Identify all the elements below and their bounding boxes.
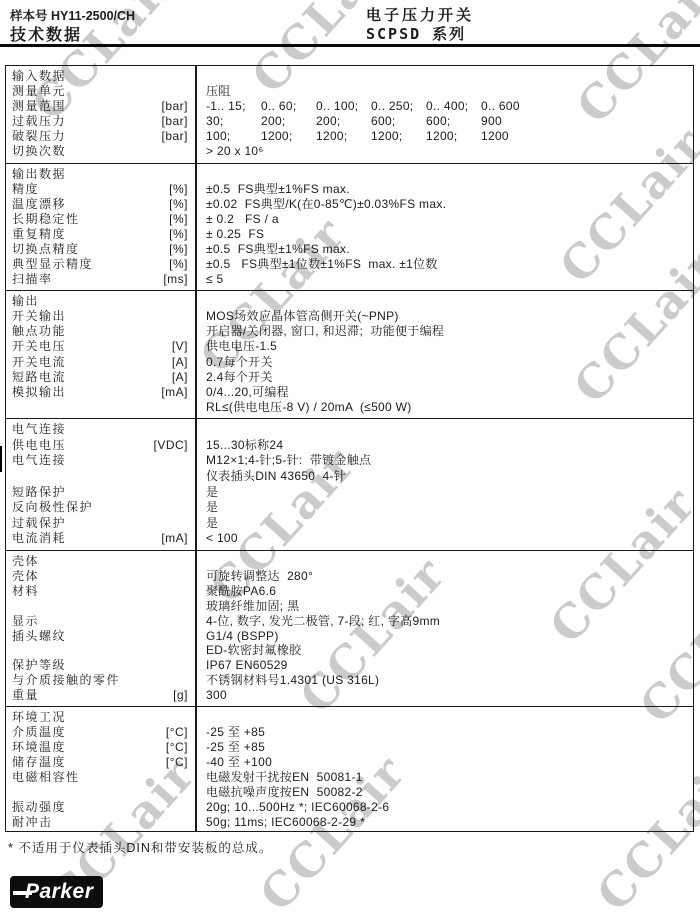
- spec-row: 电气连接M12×1;4-针;5-针: 带镀金触点: [6, 453, 693, 469]
- row-value: ±0.02 FS典型/K(在0-85℃)±0.03%FS max.: [196, 197, 693, 212]
- spec-row: 耐冲击50g; 11ms; IEC60068-2-29 *: [6, 815, 693, 830]
- row-value: RL≤(供电电压-8 V) / 20mA (≤500 W): [196, 400, 693, 415]
- spec-row: 切换次数> 20 x 10⁶: [6, 144, 693, 159]
- row-value: 300: [196, 688, 693, 703]
- row-value-column: 0.. 400;: [426, 99, 481, 114]
- spec-row: 重量[g]300: [6, 688, 693, 703]
- spec-row: 反向极性保护是: [6, 500, 693, 516]
- row-value: IP67 EN60529: [196, 658, 693, 673]
- row-unit: [112, 658, 196, 673]
- row-label: 长期稳定性: [6, 212, 112, 227]
- document-title: 技术数据: [10, 22, 82, 45]
- row-value: 2.4每个开关: [196, 370, 693, 385]
- spec-row: 振动强度20g; 10...500Hz *; IEC60068-2-6: [6, 800, 693, 815]
- row-unit: [112, 673, 196, 688]
- row-unit: [A]: [112, 370, 196, 385]
- spec-row: 显示4-位, 数字, 发光二极管, 7-段; 红, 字高9mm: [6, 614, 693, 629]
- spec-row: 测量单元压阻: [6, 84, 693, 99]
- row-value: 电磁抗噪声度按EN 50082-2: [196, 785, 693, 800]
- row-value: 仪表插头DIN 43650 4-针: [196, 469, 693, 485]
- spec-row: 开关输出MOS场效应晶体管高侧开关(~PNP): [6, 309, 693, 324]
- row-unit: [112, 453, 196, 469]
- row-label: 供电电压: [6, 438, 112, 454]
- row-label: 短路保护: [6, 485, 112, 501]
- row-unit: [ms]: [112, 272, 196, 287]
- row-unit: [112, 770, 196, 785]
- spec-row: 壳体: [6, 554, 693, 569]
- row-unit: [bar]: [112, 114, 196, 129]
- row-unit: [mA]: [112, 385, 196, 400]
- row-unit: [°C]: [112, 740, 196, 755]
- row-unit: [112, 815, 196, 830]
- row-label: 振动强度: [6, 800, 112, 815]
- row-value: G1/4 (BSPP): [196, 629, 693, 644]
- spec-row: 插头螺纹G1/4 (BSPP): [6, 629, 693, 644]
- spec-row: 储存温度[°C]-40 至 +100: [6, 755, 693, 770]
- row-value-column: 600;: [371, 114, 426, 129]
- parker-logo-text: Parker: [25, 880, 93, 904]
- row-value-column: 0.. 100;: [316, 99, 371, 114]
- row-label: 短路电流: [6, 370, 112, 385]
- row-unit: [%]: [112, 182, 196, 197]
- row-label: 反向极性保护: [6, 500, 112, 516]
- row-label: 切换点精度: [6, 242, 112, 257]
- row-value-column: 900: [481, 114, 502, 128]
- row-unit: [112, 584, 196, 599]
- spec-row: ED-软密封氟橡胶: [6, 643, 693, 658]
- row-value-column: 30;: [206, 114, 261, 129]
- row-value: 15...30标称24: [196, 438, 693, 454]
- row-label: 切换次数: [6, 144, 112, 159]
- product-title: 电子压力开关: [366, 4, 474, 25]
- spec-row: 精度[%]±0.5 FS典型±1%FS max.: [6, 182, 693, 197]
- row-unit: [%]: [112, 242, 196, 257]
- spec-table: 输入数据测量单元压阻测量范围[bar]-1.. 15;0.. 60;0.. 10…: [5, 65, 694, 832]
- row-value-column: 1200: [481, 129, 509, 143]
- row-value-column: 200;: [261, 114, 316, 129]
- row-value: ± 0.25 FS: [196, 227, 693, 242]
- spec-row: 温度漂移[%]±0.02 FS典型/K(在0-85℃)±0.03%FS max.: [6, 197, 693, 212]
- section-title: 输入数据: [6, 69, 112, 84]
- row-label: 壳体: [6, 569, 112, 584]
- row-value: 不锈钢材料号1.4301 (US 316L): [196, 673, 693, 688]
- spec-row: 切换点精度[%]±0.5 FS典型±1%FS max.: [6, 242, 693, 257]
- row-value: -40 至 +100: [196, 755, 693, 770]
- spec-section: 环境工况介质温度[°C]-25 至 +85环境温度[°C]-25 至 +85储存…: [6, 706, 693, 833]
- row-label: 插头螺纹: [6, 629, 112, 644]
- row-label: 材料: [6, 584, 112, 599]
- spec-row: 材料聚酰胺PA6.6: [6, 584, 693, 599]
- row-unit: [112, 614, 196, 629]
- row-value: -25 至 +85: [196, 725, 693, 740]
- row-value-column: 1200;: [426, 129, 481, 144]
- row-value: MOS场效应晶体管高侧开关(~PNP): [196, 309, 693, 324]
- spec-row: 仪表插头DIN 43650 4-针: [6, 469, 693, 485]
- row-label: 重复精度: [6, 227, 112, 242]
- row-label: 开关电压: [6, 339, 112, 354]
- spec-row: 输出数据: [6, 167, 693, 182]
- table-column-divider: [195, 66, 197, 831]
- row-label: [6, 643, 112, 658]
- row-label: 耐冲击: [6, 815, 112, 830]
- spec-row: 开关电流[A]0.7每个开关: [6, 355, 693, 370]
- row-value: 电磁发射干扰按EN 50081-1: [196, 770, 693, 785]
- spec-row: 测量范围[bar]-1.. 15;0.. 60;0.. 100;0.. 250;…: [6, 99, 693, 114]
- row-label: 电流消耗: [6, 531, 112, 547]
- row-label: 精度: [6, 182, 112, 197]
- row-label: 显示: [6, 614, 112, 629]
- row-value: ≤ 5: [196, 272, 693, 287]
- row-unit: [112, 469, 196, 485]
- row-unit: [V]: [112, 339, 196, 354]
- spec-row: 过载压力[bar]30;200;200;600;600;900: [6, 114, 693, 129]
- row-unit: [%]: [112, 197, 196, 212]
- row-label: 电气连接: [6, 453, 112, 469]
- row-value: ±0.5 FS典型±1%FS max.: [196, 242, 693, 257]
- row-value: -25 至 +85: [196, 740, 693, 755]
- footnote: * 不适用于仪表插头DIN和带安装板的总成。: [8, 838, 272, 856]
- spec-row: 模拟输出[mA]0/4...20,可编程: [6, 385, 693, 400]
- row-unit: [bar]: [112, 129, 196, 144]
- row-label: 电磁相容性: [6, 770, 112, 785]
- spec-row: 壳体可旋转调整达 280°: [6, 569, 693, 584]
- row-unit: [112, 144, 196, 159]
- row-value-column: 600;: [426, 114, 481, 129]
- row-unit: [112, 400, 196, 415]
- row-value: 20g; 10...500Hz *; IEC60068-2-6: [196, 800, 693, 815]
- spec-row: 环境温度[°C]-25 至 +85: [6, 740, 693, 755]
- row-unit: [112, 485, 196, 501]
- section-title: 电气连接: [6, 422, 112, 438]
- row-unit: [VDC]: [112, 438, 196, 454]
- row-label: [6, 599, 112, 614]
- row-unit: [112, 785, 196, 800]
- row-unit: [A]: [112, 355, 196, 370]
- row-label: 环境温度: [6, 740, 112, 755]
- row-label: [6, 400, 112, 415]
- spec-row: 重复精度[%]± 0.25 FS: [6, 227, 693, 242]
- spec-section: 壳体壳体可旋转调整达 280°材料聚酰胺PA6.6玻璃纤维加固; 黑显示4-位,…: [6, 550, 693, 706]
- row-label: 破裂压力: [6, 129, 112, 144]
- row-value: 0.7每个开关: [196, 355, 693, 370]
- section-title: 壳体: [6, 554, 112, 569]
- row-value: 是: [196, 485, 693, 501]
- row-label: 与介质接触的零件: [6, 673, 112, 688]
- spec-row: 输出: [6, 294, 693, 309]
- row-label: [6, 469, 112, 485]
- row-value: 可旋转调整达 280°: [196, 569, 693, 584]
- spec-row: 开关电压[V]供电电压-1.5: [6, 339, 693, 354]
- datasheet-page: CCLairCCLairCCLairCCLairCCLairCCLairCCLa…: [0, 0, 700, 921]
- section-title: 环境工况: [6, 710, 112, 725]
- row-label: [6, 785, 112, 800]
- row-label: 过载保护: [6, 516, 112, 532]
- page-fold-mark: [0, 446, 2, 472]
- row-value-column: 1200;: [371, 129, 426, 144]
- row-value-column: 100;: [206, 129, 261, 144]
- row-label: 过载压力: [6, 114, 112, 129]
- spec-row: 破裂压力[bar]100;1200;1200;1200;1200;1200: [6, 129, 693, 144]
- spec-row: 电流消耗[mA]< 100: [6, 531, 693, 547]
- row-value: 100;1200;1200;1200;1200;1200: [196, 129, 693, 144]
- row-unit: [g]: [112, 688, 196, 703]
- spec-row: 电磁相容性电磁发射干扰按EN 50081-1: [6, 770, 693, 785]
- spec-row: 短路保护是: [6, 485, 693, 501]
- row-label: 测量范围: [6, 99, 112, 114]
- row-value: ±0.5 FS典型±1位数±1%FS max. ±1位数: [196, 257, 693, 272]
- row-unit: [mA]: [112, 531, 196, 547]
- row-label: 保护等级: [6, 658, 112, 673]
- spec-row: 过载保护是: [6, 516, 693, 532]
- row-label: 温度漂移: [6, 197, 112, 212]
- row-value-column: 0.. 60;: [261, 99, 316, 114]
- parker-logo: Parker: [10, 876, 103, 908]
- header-rule: [0, 44, 700, 47]
- row-value: M12×1;4-针;5-针: 带镀金触点: [196, 453, 693, 469]
- row-unit: [112, 569, 196, 584]
- spec-section: 输出开关输出MOS场效应晶体管高侧开关(~PNP)触点功能开启器/关闭器, 窗口…: [6, 290, 693, 418]
- row-value: 供电电压-1.5: [196, 339, 693, 354]
- row-unit: [°C]: [112, 755, 196, 770]
- spec-row: 扫描率[ms]≤ 5: [6, 272, 693, 287]
- row-value: < 100: [196, 531, 693, 547]
- row-label: 开关输出: [6, 309, 112, 324]
- row-value-column: 1200;: [316, 129, 371, 144]
- spec-row: 输入数据: [6, 69, 693, 84]
- row-value: -1.. 15;0.. 60;0.. 100;0.. 250;0.. 400;0…: [196, 99, 693, 114]
- row-unit: [112, 500, 196, 516]
- row-value-column: 0.. 600: [481, 99, 520, 113]
- row-unit: [%]: [112, 212, 196, 227]
- spec-row: 与介质接触的零件不锈钢材料号1.4301 (US 316L): [6, 673, 693, 688]
- row-unit: [112, 599, 196, 614]
- row-unit: [bar]: [112, 99, 196, 114]
- spec-row: 长期稳定性[%]± 0.2 FS / a: [6, 212, 693, 227]
- row-value: 0/4...20,可编程: [196, 385, 693, 400]
- row-value: ±0.5 FS典型±1%FS max.: [196, 182, 693, 197]
- row-value: > 20 x 10⁶: [196, 144, 693, 159]
- row-unit: [%]: [112, 227, 196, 242]
- row-value: 玻璃纤维加固; 黑: [196, 599, 693, 614]
- row-label: 测量单元: [6, 84, 112, 99]
- spec-section: 输入数据测量单元压阻测量范围[bar]-1.. 15;0.. 60;0.. 10…: [6, 66, 693, 163]
- row-label: 触点功能: [6, 324, 112, 339]
- row-label: 开关电流: [6, 355, 112, 370]
- product-series: SCPSD 系列: [366, 23, 466, 44]
- section-title: 输出数据: [6, 167, 112, 182]
- spec-row: 触点功能开启器/关闭器, 窗口, 和迟滞; 功能便于编程: [6, 324, 693, 339]
- row-value: ± 0.2 FS / a: [196, 212, 693, 227]
- row-value-column: -1.. 15;: [206, 99, 261, 114]
- row-unit: [112, 324, 196, 339]
- row-label: 储存温度: [6, 755, 112, 770]
- spec-row: RL≤(供电电压-8 V) / 20mA (≤500 W): [6, 400, 693, 415]
- row-value: 聚酰胺PA6.6: [196, 584, 693, 599]
- row-unit: [112, 84, 196, 99]
- spec-row: 典型显示精度[%]±0.5 FS典型±1位数±1%FS max. ±1位数: [6, 257, 693, 272]
- row-value-column: 200;: [316, 114, 371, 129]
- row-value-column: 1200;: [261, 129, 316, 144]
- row-label: 典型显示精度: [6, 257, 112, 272]
- spec-row: 介质温度[°C]-25 至 +85: [6, 725, 693, 740]
- row-value: 50g; 11ms; IEC60068-2-29 *: [196, 815, 693, 830]
- section-title: 输出: [6, 294, 112, 309]
- row-label: 模拟输出: [6, 385, 112, 400]
- row-value: 是: [196, 500, 693, 516]
- row-value-column: 0.. 250;: [371, 99, 426, 114]
- spec-section: 输出数据精度[%]±0.5 FS典型±1%FS max.温度漂移[%]±0.02…: [6, 163, 693, 290]
- spec-row: 环境工况: [6, 710, 693, 725]
- row-label: 扫描率: [6, 272, 112, 287]
- row-unit: [%]: [112, 257, 196, 272]
- row-value: ED-软密封氟橡胶: [196, 643, 693, 658]
- row-unit: [°C]: [112, 725, 196, 740]
- spec-row: 玻璃纤维加固; 黑: [6, 599, 693, 614]
- row-unit: [112, 643, 196, 658]
- row-unit: [112, 516, 196, 532]
- row-unit: [112, 629, 196, 644]
- row-value: 4-位, 数字, 发光二极管, 7-段; 红, 字高9mm: [196, 614, 693, 629]
- row-value: 是: [196, 516, 693, 532]
- spec-row: 电气连接: [6, 422, 693, 438]
- row-unit: [112, 309, 196, 324]
- row-label: 重量: [6, 688, 112, 703]
- row-value: 30;200;200;600;600;900: [196, 114, 693, 129]
- spec-row: 短路电流[A]2.4每个开关: [6, 370, 693, 385]
- spec-row: 电磁抗噪声度按EN 50082-2: [6, 785, 693, 800]
- spec-row: 保护等级IP67 EN60529: [6, 658, 693, 673]
- row-value: 开启器/关闭器, 窗口, 和迟滞; 功能便于编程: [196, 324, 693, 339]
- spec-section: 电气连接供电电压[VDC]15...30标称24电气连接M12×1;4-针;5-…: [6, 418, 693, 550]
- row-value: 压阻: [196, 84, 693, 99]
- row-label: 介质温度: [6, 725, 112, 740]
- spec-row: 供电电压[VDC]15...30标称24: [6, 438, 693, 454]
- row-unit: [112, 800, 196, 815]
